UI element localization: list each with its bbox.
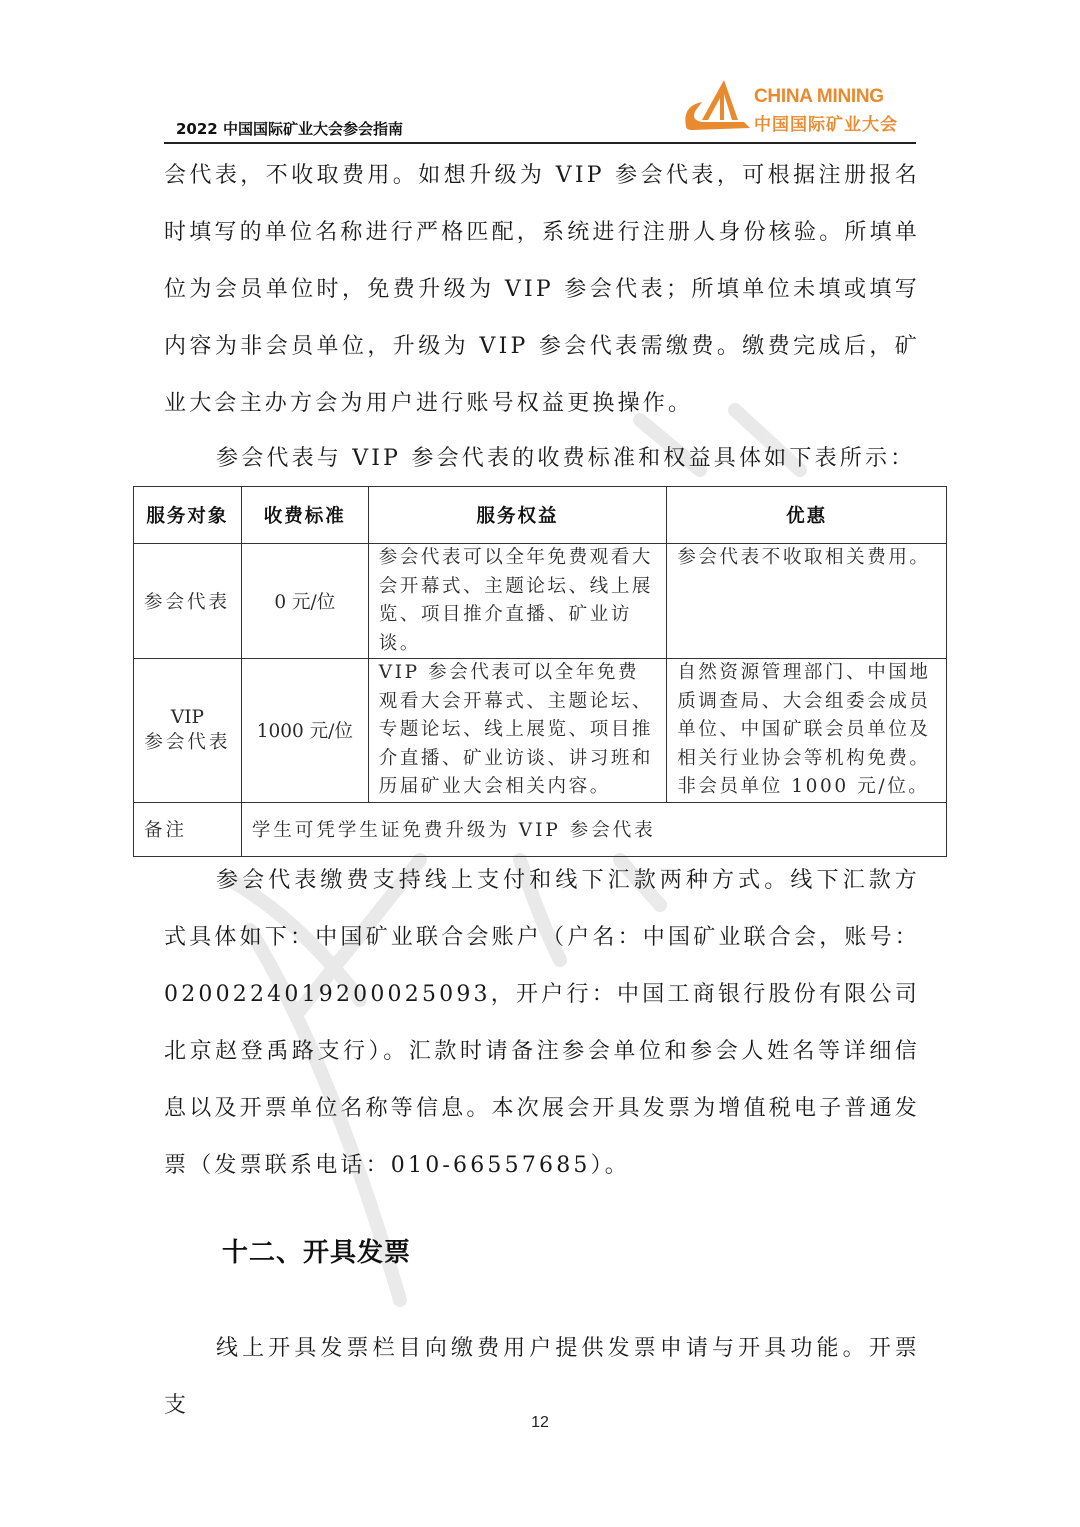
page-number: 12 <box>0 1414 1080 1432</box>
table-row: VIP 参会代表 1000 元/位 VIP 参会代表可以全年免费观看大会开幕式、… <box>134 659 947 803</box>
cell-target-line2: 参会代表 <box>135 728 240 754</box>
paragraph-membership-upgrade: 会代表，不收取费用。如想升级为 VIP 参会代表，可根据注册报名时填写的单位名称… <box>164 147 920 432</box>
header-discount: 优惠 <box>667 487 947 544</box>
note-label: 备注 <box>134 802 242 856</box>
paragraph-payment-methods: 参会代表缴费支持线上支付和线下汇款两种方式。线下汇款方式具体如下：中国矿业联合会… <box>164 852 920 1194</box>
note-text: 学生可凭学生证免费升级为 VIP 参会代表 <box>241 802 946 856</box>
logo-text-en: CHINA MINING <box>754 86 884 108</box>
cell-benefits: 参会代表可以全年免费观看大会开幕式、主题论坛、线上展览、项目推介直播、矿业访谈。 <box>368 544 667 659</box>
header-service-target: 服务对象 <box>134 487 242 544</box>
document-header-title: 2022 中国国际矿业大会参会指南 <box>176 118 403 139</box>
cell-benefits: VIP 参会代表可以全年免费观看大会开幕式、主题论坛、专题论坛、线上展览、项目推… <box>368 659 667 803</box>
cell-fee: 0 元/位 <box>241 544 368 659</box>
cell-discount: 自然资源管理部门、中国地质调查局、大会组委会成员单位、中国矿联会员单位及相关行业… <box>667 659 947 803</box>
section-heading-invoice: 十二、开具发票 <box>222 1232 411 1269</box>
fee-table: 服务对象 收费标准 服务权益 优惠 参会代表 0 元/位 参会代表可以全年免费观… <box>133 486 947 857</box>
cell-target-line1: VIP <box>135 707 240 728</box>
mountain-logo-icon <box>680 76 752 136</box>
paragraph-table-intro: 参会代表与 VIP 参会代表的收费标准和权益具体如下表所示： <box>164 430 920 487</box>
table-note-row: 备注 学生可凭学生证免费升级为 VIP 参会代表 <box>134 802 947 856</box>
cell-target: 参会代表 <box>134 544 242 659</box>
table-row: 参会代表 0 元/位 参会代表可以全年免费观看大会开幕式、主题论坛、线上展览、项… <box>134 544 947 659</box>
header-service-benefits: 服务权益 <box>368 487 667 544</box>
china-mining-logo: CHINA MINING 中国国际矿业大会 <box>680 76 910 136</box>
cell-fee: 1000 元/位 <box>241 659 368 803</box>
header-divider <box>164 142 916 144</box>
cell-discount: 参会代表不收取相关费用。 <box>667 544 947 659</box>
cell-target: VIP 参会代表 <box>134 659 242 803</box>
logo-text-cn: 中国国际矿业大会 <box>754 110 898 135</box>
header-fee-standard: 收费标准 <box>241 487 368 544</box>
table-header-row: 服务对象 收费标准 服务权益 优惠 <box>134 487 947 544</box>
